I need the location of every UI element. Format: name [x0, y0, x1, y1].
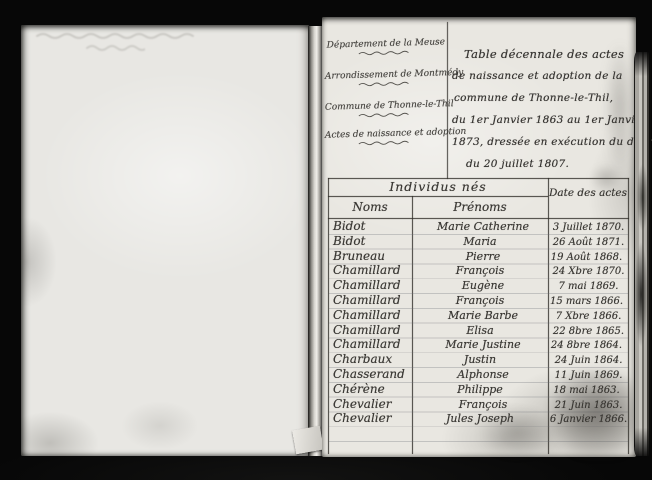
cell-nom: Chérène: [328, 382, 412, 397]
column-header-prenoms: Prénoms: [412, 200, 548, 214]
cell-prenom: Marie Justine: [415, 338, 551, 353]
cell-prenom: Jules Joseph: [412, 412, 548, 427]
cell-prenom: Alphonse: [415, 368, 551, 383]
margin-note-arrondissement: Arrondissement de Montmédy: [325, 68, 447, 88]
cell-nom: Bruneau: [328, 249, 412, 264]
cell-nom: Charbaux: [328, 352, 412, 367]
scanned-register-spread: Département de la Meuse Arrondissement d…: [0, 0, 652, 480]
table-rows: Bidot Marie Catherine 3 Juillet 1870. Bi…: [328, 219, 629, 427]
cell-date: 6 Janvier 1866.: [548, 413, 629, 428]
margin-note-text: Arrondissement de Montmédy: [325, 68, 447, 81]
cell-nom: Chevalier: [328, 397, 412, 412]
margin-note-text: Commune de Thonne-le-Thil: [325, 99, 447, 112]
cell-prenom: François: [412, 264, 548, 279]
bleed-through-marks: [35, 31, 215, 61]
table-row: Charbaux Justin 24 Juin 1864.: [328, 352, 629, 367]
book-spine-gap: [308, 26, 323, 456]
table-row: Chamillard François 24 Xbre 1870.: [328, 263, 629, 278]
margin-note-text: Actes de naissance et adoption: [325, 127, 447, 140]
right-page-register: Département de la Meuse Arrondissement d…: [322, 17, 636, 457]
section-header-underline: [328, 196, 548, 197]
table-row: Bidot Maria 26 Août 1871.: [328, 234, 629, 249]
cell-prenom: Elisa: [412, 324, 548, 339]
cell-prenom: Pierre: [415, 250, 551, 265]
cell-nom: Chasserand: [328, 367, 412, 382]
cell-prenom: Justin: [412, 353, 548, 368]
cell-nom: Bidot: [328, 234, 412, 249]
cell-prenom: Marie Barbe: [415, 309, 551, 324]
cell-date: 24 8bre 1864.: [546, 339, 627, 354]
cell-nom: Bidot: [328, 219, 412, 234]
cell-date: 15 mars 1866.: [546, 295, 627, 310]
table-section-header: Individus nés: [328, 179, 548, 194]
flourish-squiggle: [358, 80, 414, 88]
cell-prenom: Eugène: [415, 279, 551, 294]
title-line: du 1er Janvier 1863 au 1er Janvier: [452, 109, 632, 131]
cell-prenom: Marie Catherine: [415, 220, 551, 235]
table-row: Chamillard Elisa 22 8bre 1865.: [328, 323, 629, 338]
margin-note-departement: Département de la Meuse: [325, 37, 447, 57]
cell-nom: Chamillard: [328, 263, 412, 278]
column-header-dates: Date des actes: [548, 187, 628, 199]
flourish-squiggle: [358, 111, 414, 119]
flourish-squiggle: [358, 139, 414, 147]
cell-nom: Chamillard: [328, 308, 412, 323]
document-title: Table décennale des actes de naissance e…: [452, 43, 632, 175]
header-vertical-rule: [447, 22, 448, 179]
table-row: Chasserand Alphonse 11 Juin 1869.: [328, 367, 629, 382]
table-row: Chamillard Eugène 7 mai 1869.: [328, 278, 629, 293]
cell-prenom: François: [412, 294, 548, 309]
cell-date: 19 Août 1868.: [546, 251, 627, 266]
cell-prenom: François: [415, 398, 551, 413]
cell-nom: Chamillard: [328, 323, 412, 338]
margin-note-text: Département de la Meuse: [325, 37, 447, 50]
table-row: Bidot Marie Catherine 3 Juillet 1870.: [328, 219, 629, 234]
cell-date: 18 mai 1863.: [546, 384, 627, 399]
book-fore-edge-pages: [634, 52, 651, 456]
margin-note-commune: Commune de Thonne-le-Thil: [325, 99, 447, 119]
column-header-noms: Noms: [328, 200, 412, 214]
title-line: de naissance et adoption de la: [452, 65, 632, 87]
title-line: du 20 juillet 1807.: [466, 153, 632, 175]
cell-nom: Chamillard: [328, 337, 412, 352]
table-row: Chevalier Jules Joseph 6 Janvier 1866.: [328, 411, 629, 426]
underlying-page-corner: [292, 426, 324, 454]
table-row: Chamillard Marie Barbe 7 Xbre 1866.: [328, 308, 629, 323]
cell-prenom: Philippe: [412, 383, 548, 398]
cell-nom: Chevalier: [328, 411, 412, 426]
title-line: Table décennale des actes: [464, 43, 632, 65]
margin-note-actes: Actes de naissance et adoption: [325, 127, 447, 147]
cell-nom: Chamillard: [328, 278, 412, 293]
cell-prenom: Maria: [412, 235, 548, 250]
table-row: Bruneau Pierre 19 Août 1868.: [328, 249, 629, 264]
title-line: 1873, dressée en exécution du décret: [452, 131, 632, 153]
table-row: Chamillard François 15 mars 1866.: [328, 293, 629, 308]
table-row: Chevalier François 21 Juin 1863.: [328, 397, 629, 412]
table-row: Chamillard Marie Justine 24 8bre 1864.: [328, 337, 629, 352]
flourish-squiggle: [358, 49, 414, 57]
title-line: commune de Thonne-le-Thil,: [454, 87, 632, 109]
table-row: Chérène Philippe 18 mai 1863.: [328, 382, 629, 397]
cell-nom: Chamillard: [328, 293, 412, 308]
left-page-blank: [21, 25, 310, 456]
